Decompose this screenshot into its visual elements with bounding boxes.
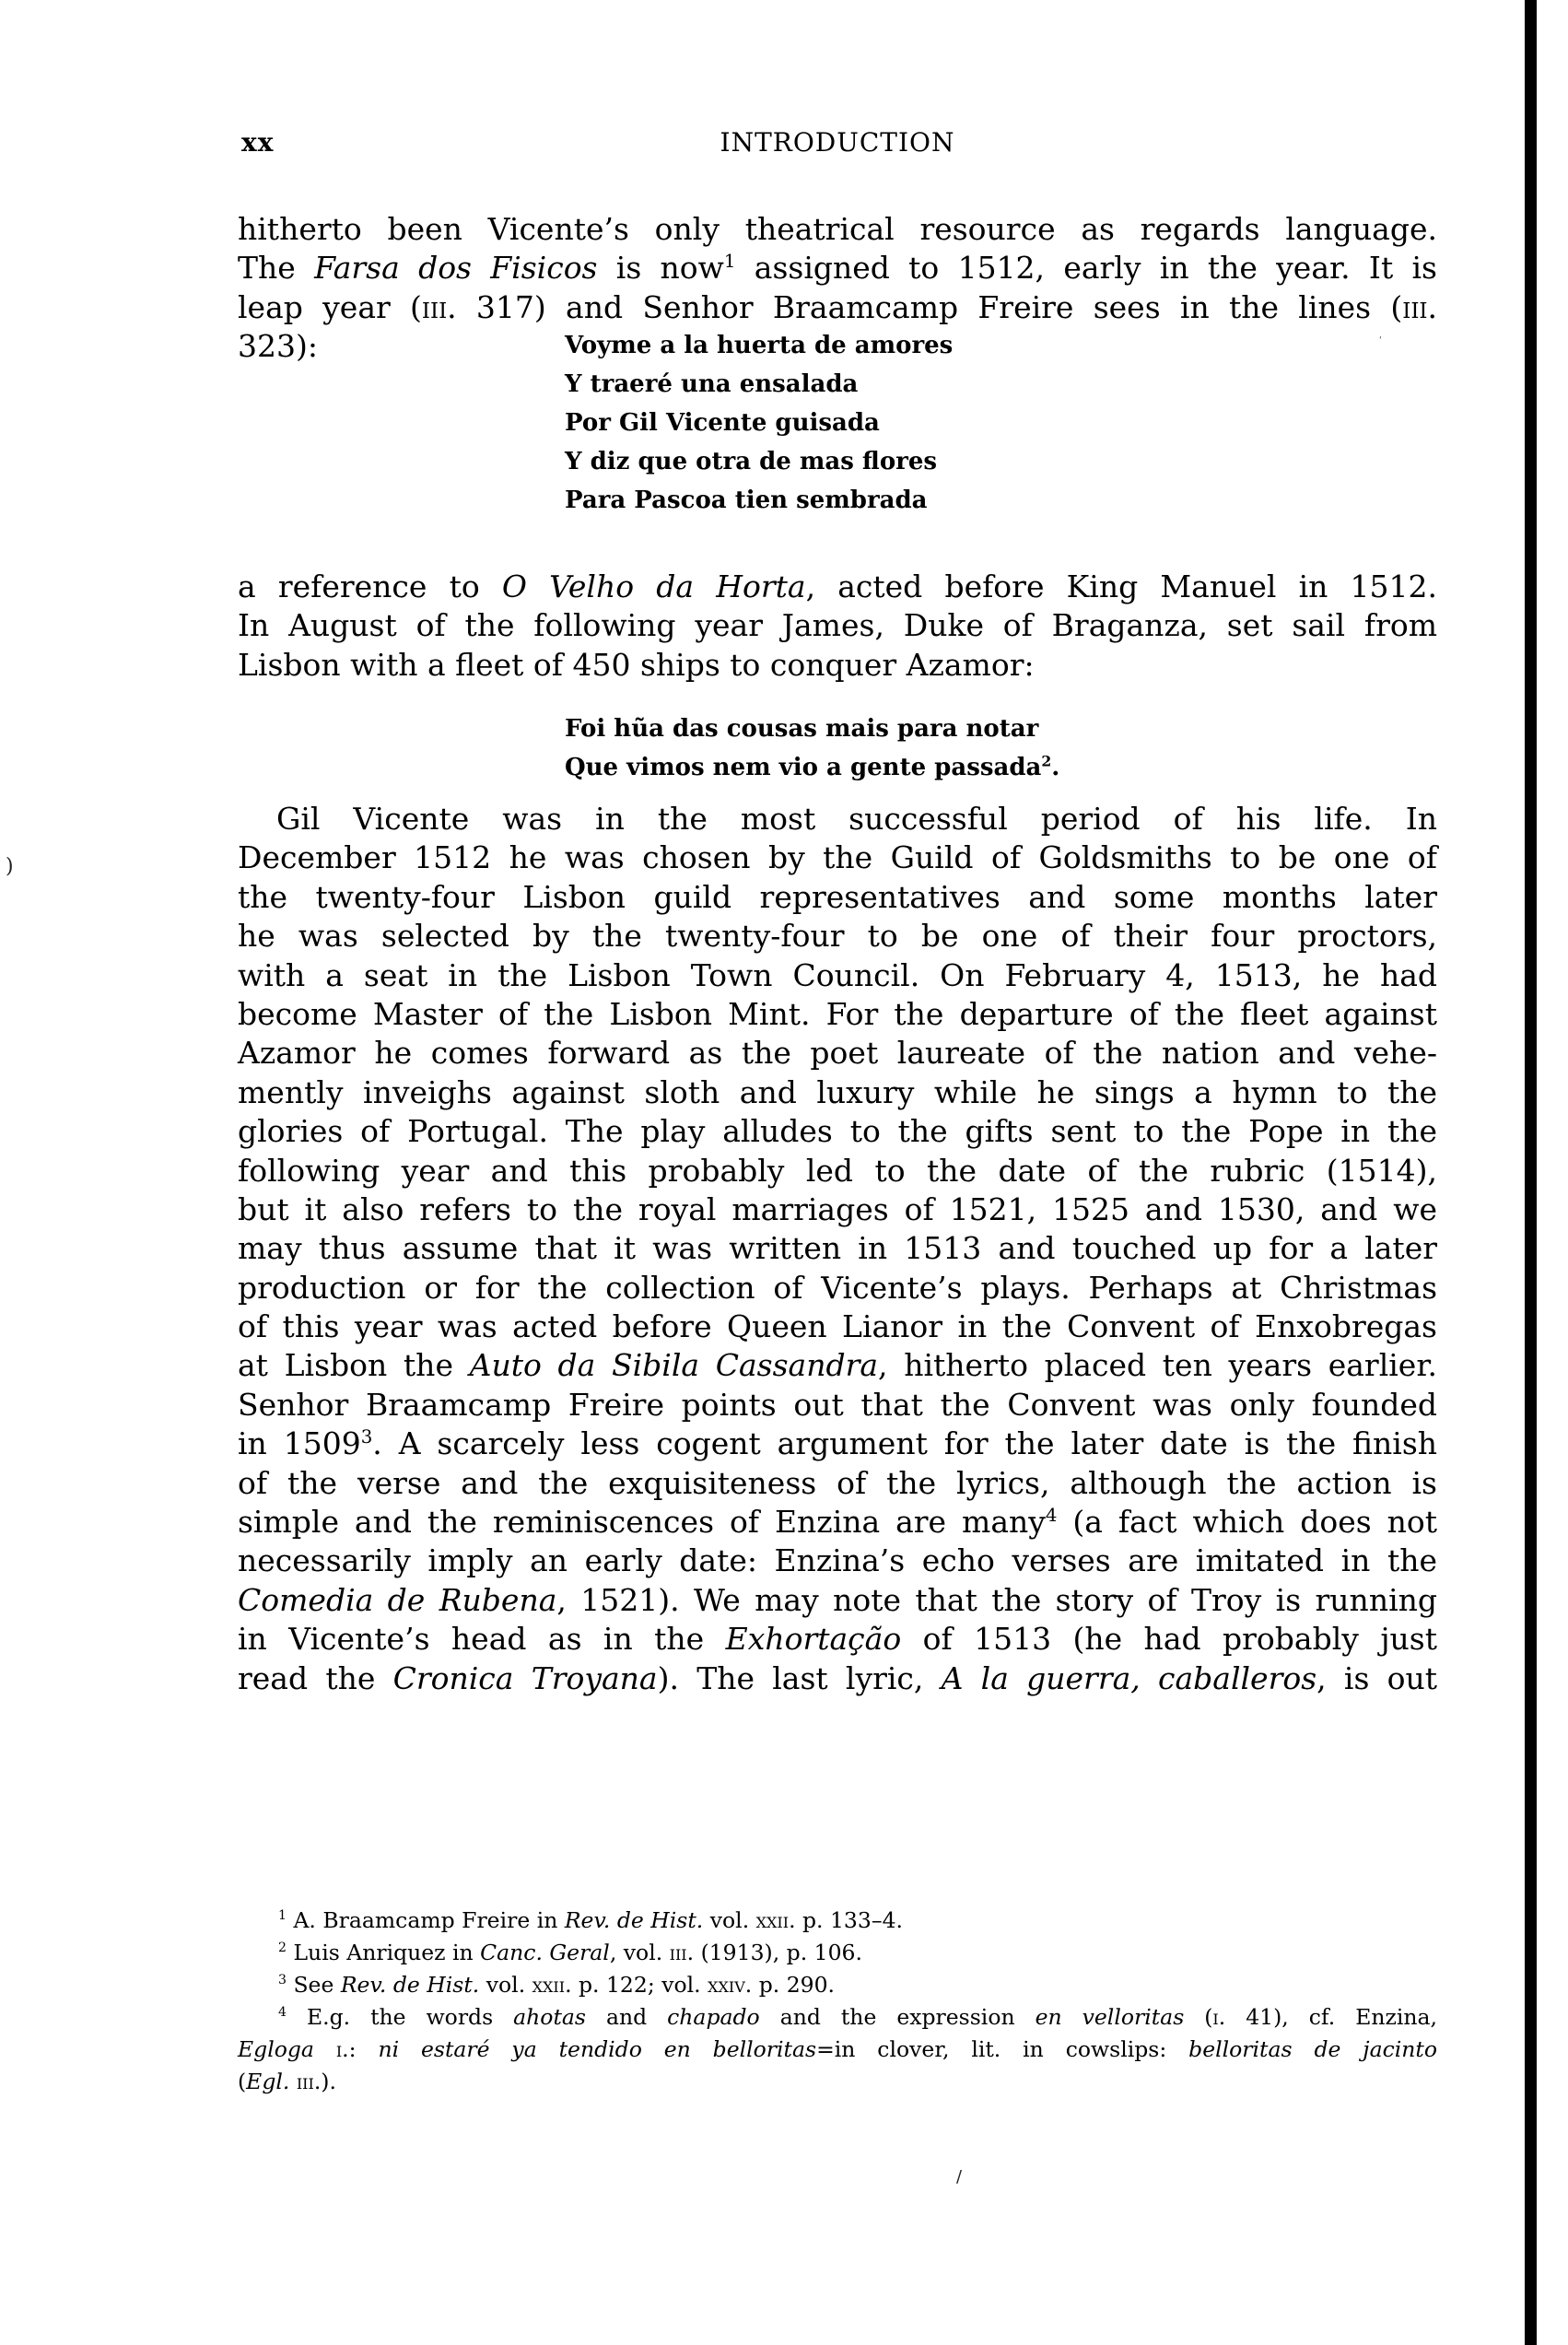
stray-slash-mark: / <box>956 2167 962 2187</box>
text-line: December 1512 he was chosen by the Guild… <box>238 838 1437 877</box>
footnotes: 1 A. Braamcamp Freire in Rev. de Hist. v… <box>238 1905 1437 2098</box>
margin-mark: ) <box>6 855 14 878</box>
footnote-text: A. Braamcamp Freire in Rev. de Hist. vol… <box>293 1907 903 1933</box>
verse-line: Voyme a la huerta de amores <box>565 326 953 365</box>
verse-quotation-1: Voyme a la huerta de amores Y traeré una… <box>565 326 953 520</box>
text-line: of the verse and the exquisiteness of th… <box>238 1464 1437 1503</box>
verse-line: Y diz que otra de mas flores <box>565 442 953 481</box>
verse-quotation-2: Foi hũa das cousas mais para notar Que v… <box>565 709 1059 787</box>
verse-line: Y traeré una ensalada <box>565 365 953 404</box>
verse-line: Para Pascoa tien sembrada <box>565 481 953 520</box>
footnote-text: E.g. the words ahotas and chapado and th… <box>307 2004 1437 2030</box>
text-line: of this year was acted before Queen Lian… <box>238 1307 1437 1346</box>
text-line: with a seat in the Lisbon Town Council. … <box>238 956 1437 995</box>
text-line: hitherto been Vicente’s only theatrical … <box>238 210 1437 249</box>
text-line: he was selected by the twenty-four to be… <box>238 917 1437 956</box>
text-line: In August of the following year James, D… <box>238 606 1437 645</box>
running-head: xx INTRODUCTION <box>238 127 1437 164</box>
text-line: following year and this probably led to … <box>238 1152 1437 1190</box>
footnote-marker: 3 <box>278 1973 287 1987</box>
text-line: become Master of the Lisbon Mint. For th… <box>238 995 1437 1034</box>
page-edge-shadow <box>1525 0 1537 2345</box>
text-line: the twenty-four Lisbon guild representat… <box>238 878 1437 917</box>
paragraph-2: a reference to O Velho da Horta, acted b… <box>238 568 1437 685</box>
footnote-text: Luis Anriquez in Canc. Geral, vol. iii. … <box>293 1940 862 1965</box>
footnote-text: See Rev. de Hist. vol. xxii. p. 122; vol… <box>293 1972 835 1998</box>
text-line: read the Cronica Troyana). The last lyri… <box>238 1659 1437 1698</box>
stray-tick-mark: ʹ <box>1379 336 1382 346</box>
text-line: necessarily imply an early date: Enzina’… <box>238 1542 1437 1580</box>
text-line: leap year (iii. 317) and Senhor Braamcam… <box>238 288 1437 327</box>
paragraph-3: Gil Vicente was in the most successful p… <box>238 800 1437 1698</box>
text-line: glories of Portugal. The play alludes to… <box>238 1112 1437 1151</box>
footnote-marker: 4 <box>278 2005 287 2020</box>
text-line: Gil Vicente was in the most successful p… <box>238 800 1437 838</box>
verse-line: Foi hũa das cousas mais para notar <box>565 709 1059 748</box>
verse-line: Por Gil Vicente guisada <box>565 404 953 442</box>
footnote-4: 4 E.g. the words ahotas and chapado and … <box>238 2001 1437 2034</box>
footnote-4-continuation: (Egl. iii.). <box>238 2066 1437 2098</box>
footnote-1: 1 A. Braamcamp Freire in Rev. de Hist. v… <box>238 1905 1437 1937</box>
footnote-4-continuation: Egloga i.: ni estaré ya tendido en bello… <box>238 2034 1437 2066</box>
text-line: Lisbon with a fleet of 450 ships to conq… <box>238 646 1437 685</box>
text-line: may thus assume that it was written in 1… <box>238 1229 1437 1268</box>
text-line: but it also refers to the royal marriage… <box>238 1190 1437 1229</box>
text-line: in Vicente’s head as in the Exhortação o… <box>238 1620 1437 1659</box>
footnote-2: 2 Luis Anriquez in Canc. Geral, vol. iii… <box>238 1937 1437 1969</box>
footnote-marker: 2 <box>278 1940 287 1955</box>
footnote-3: 3 See Rev. de Hist. vol. xxii. p. 122; v… <box>238 1969 1437 2001</box>
text-line: in 15093. A scarcely less cogent argumen… <box>238 1425 1437 1463</box>
text-line: Senhor Braamcamp Freire points out that … <box>238 1386 1437 1425</box>
text-line: Comedia de Rubena, 1521). We may note th… <box>238 1581 1437 1620</box>
verse-line: Que vimos nem vio a gente passada2. <box>565 748 1059 787</box>
book-page: xx INTRODUCTION hitherto been Vicente’s … <box>0 0 1568 2345</box>
text-line: Azamor he comes forward as the poet laur… <box>238 1034 1437 1073</box>
page-title: INTRODUCTION <box>238 127 1437 158</box>
text-line: at Lisbon the Auto da Sibila Cassandra, … <box>238 1346 1437 1385</box>
text-line: production or for the collection of Vice… <box>238 1269 1437 1307</box>
footnote-marker: 1 <box>278 1908 287 1923</box>
text-line: mently inveighs against sloth and luxury… <box>238 1073 1437 1112</box>
text-line: a reference to O Velho da Horta, acted b… <box>238 568 1437 606</box>
text-line: simple and the reminiscences of Enzina a… <box>238 1503 1437 1542</box>
text-line: The Farsa dos Fisicos is now1 assigned t… <box>238 249 1437 287</box>
